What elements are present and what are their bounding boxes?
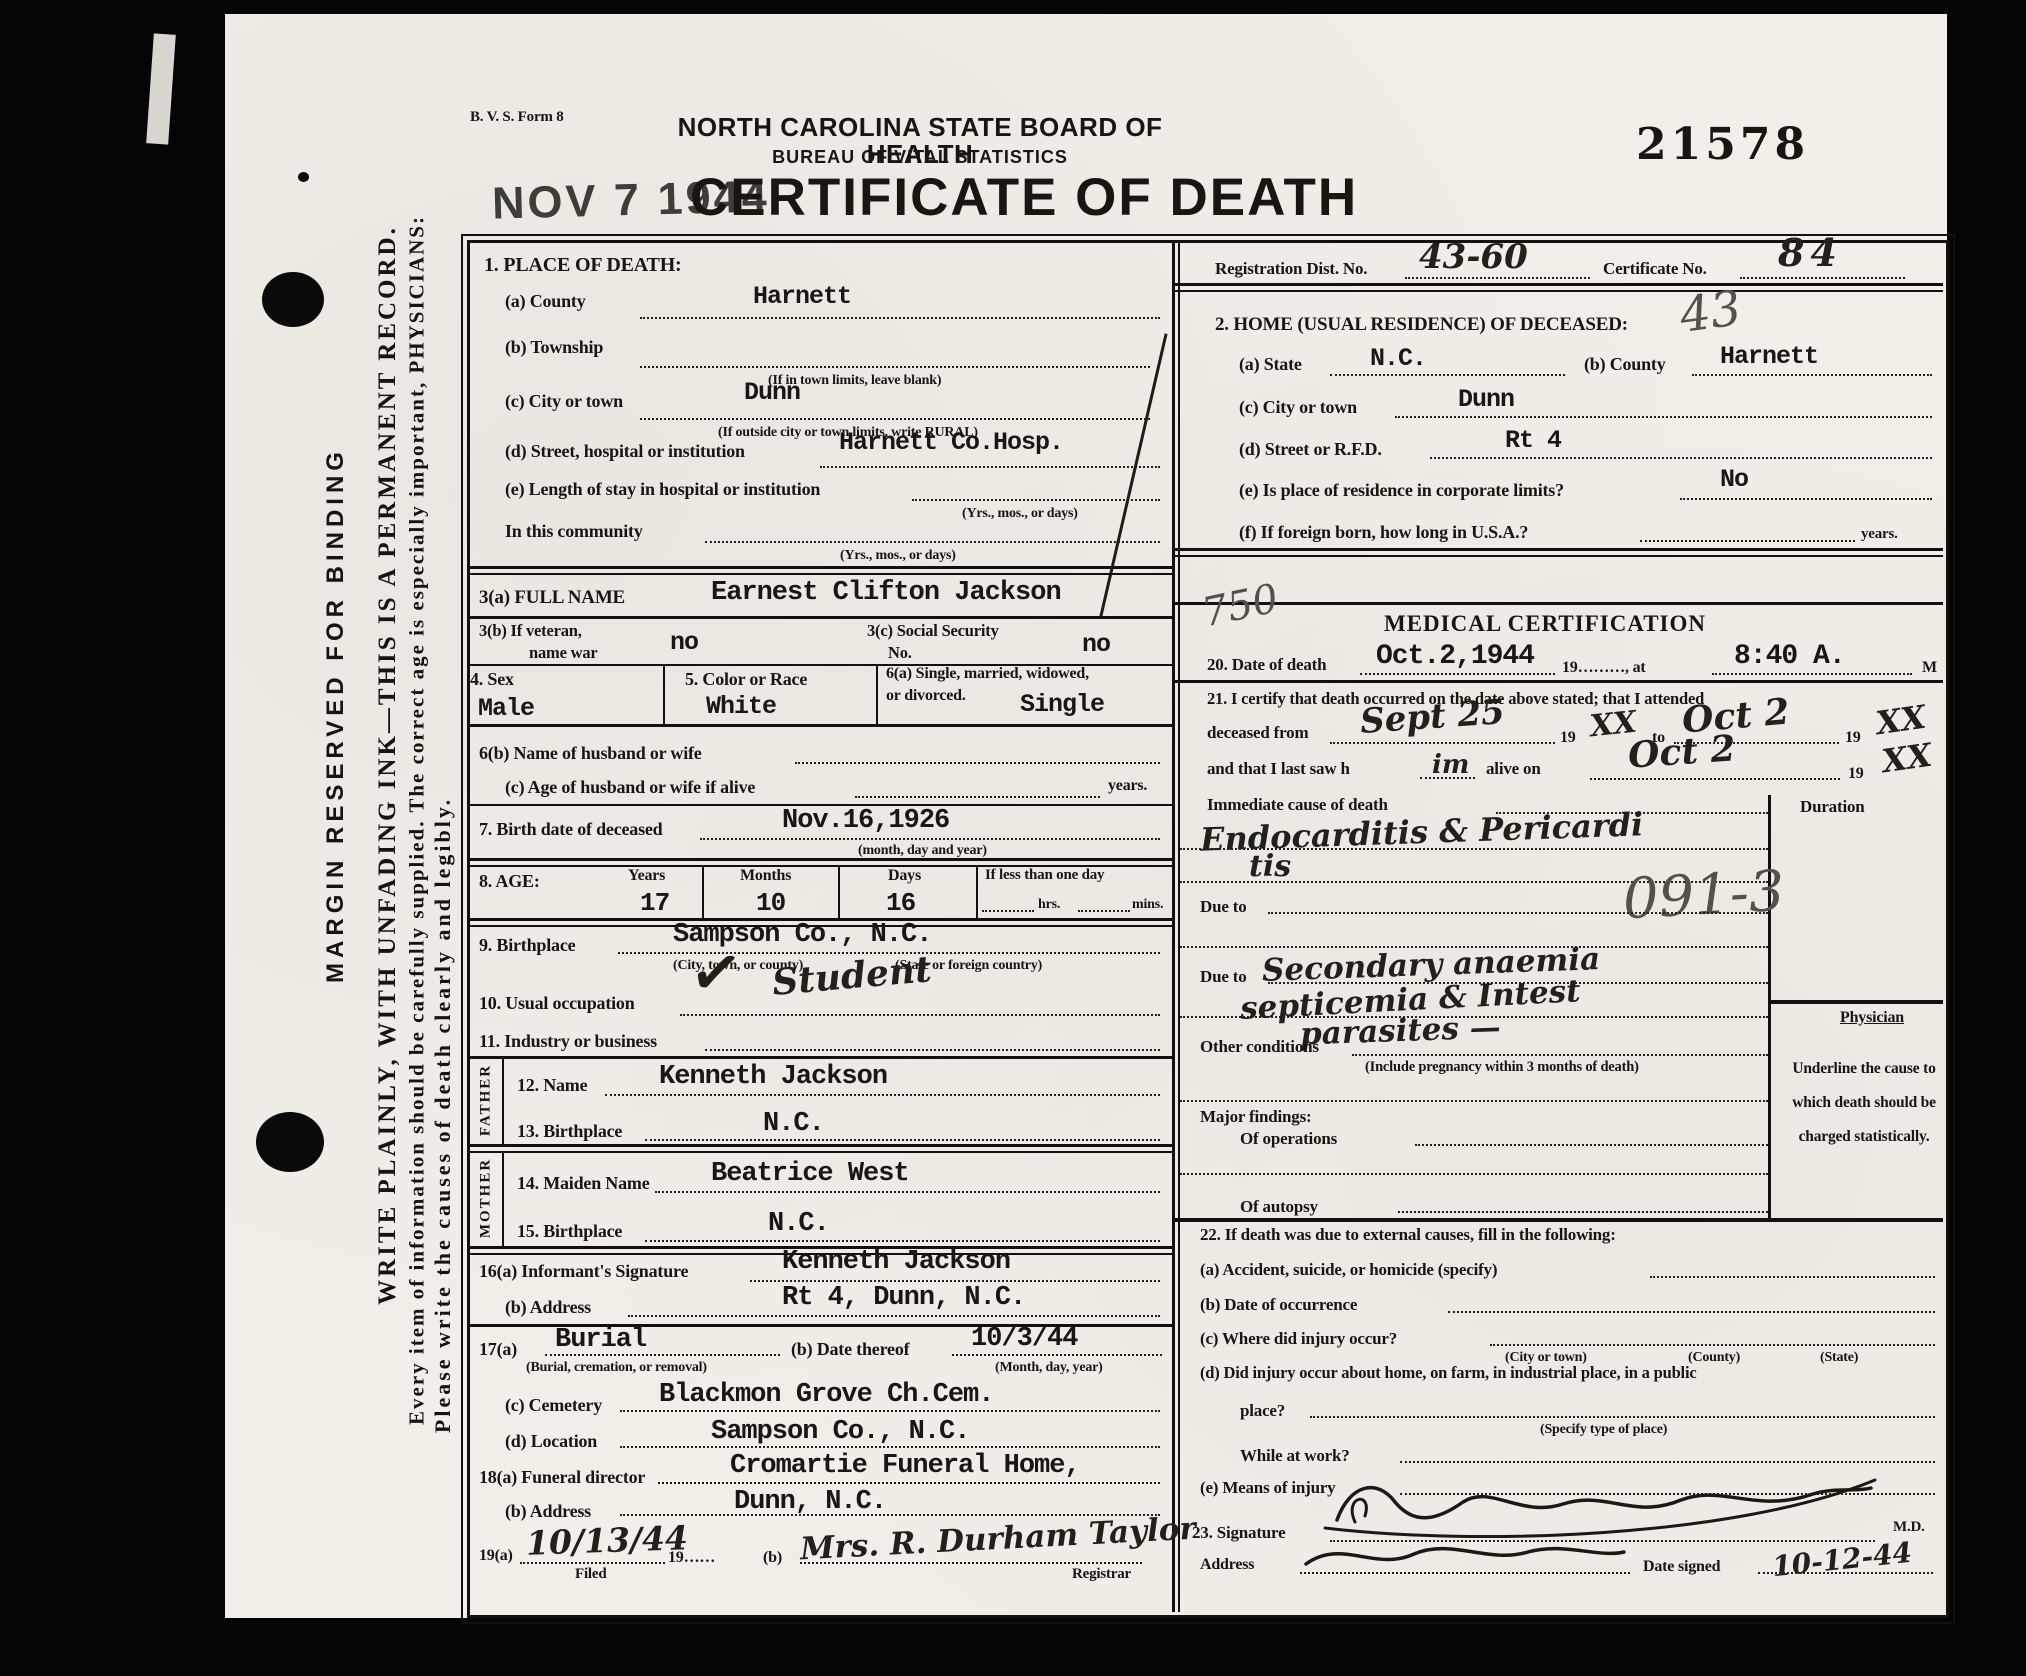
rule-line xyxy=(1430,457,1932,459)
mother-name-label: 14. Maiden Name xyxy=(517,1174,649,1193)
cemetery-label: (c) Cemetery xyxy=(505,1396,602,1415)
mother-box-divider xyxy=(502,1151,504,1246)
rule-line xyxy=(645,1240,1160,1242)
death-date-label: 20. Date of death xyxy=(1207,656,1326,674)
informant-signature-value: Kenneth Jackson xyxy=(782,1249,1010,1276)
margin-note-binding: MARGIN RESERVED FOR BINDING xyxy=(322,447,350,983)
disposal-date-hint: (Month, day, year) xyxy=(995,1361,1103,1376)
attended-yr2-label: 19 xyxy=(1845,730,1861,747)
father-name-label: 12. Name xyxy=(517,1076,587,1095)
father-birthplace-label: 13. Birthplace xyxy=(517,1122,622,1141)
disposal-num-label: 17(a) xyxy=(479,1340,517,1359)
disposal-hint: (Burial, cremation, or removal) xyxy=(526,1361,707,1376)
rule-line xyxy=(855,796,1100,798)
sec2c-city-value: Dunn xyxy=(1458,387,1514,412)
funeral-director-value: Cromartie Funeral Home, xyxy=(730,1453,1080,1480)
birthdate-hint: (month, day and year) xyxy=(858,844,987,859)
rule-line xyxy=(1078,910,1130,912)
marital-value: Single xyxy=(1020,692,1104,717)
sec3c-label2: No. xyxy=(888,644,912,661)
rule-line xyxy=(912,499,1160,501)
sec22a-label: (a) Accident, suicide, or homicide (spec… xyxy=(1200,1261,1497,1279)
physician-label: Physician xyxy=(1840,1010,1904,1027)
attended-yr1-label: 19 xyxy=(1560,730,1576,747)
disposal-date-value: 10/3/44 xyxy=(971,1326,1077,1353)
filed-year-label: 19…… xyxy=(668,1550,715,1567)
med-heading: MEDICAL CERTIFICATION xyxy=(1335,612,1755,636)
due-to-2-label: Due to xyxy=(1200,968,1247,986)
major-findings-label: Major findings: xyxy=(1200,1108,1311,1126)
sec22d-hint: (Specify type of place) xyxy=(1540,1423,1667,1438)
industry-label: 11. Industry or business xyxy=(479,1032,657,1051)
last-saw-yr3: 19 xyxy=(1848,766,1864,783)
rule xyxy=(1172,602,1943,605)
rule-line xyxy=(1300,1572,1630,1574)
sec2d-street-value: Rt 4 xyxy=(1505,428,1561,453)
reg-dist-value: 43-60 xyxy=(1419,240,1528,274)
last-saw-date: Oct 2 xyxy=(1627,730,1737,773)
rule-line xyxy=(1398,1211,1768,1213)
age-years-value: 17 xyxy=(640,890,669,916)
sec2e-corporate-value: No xyxy=(1720,467,1748,492)
rule xyxy=(467,1151,1172,1153)
birthplace-label: 9. Birthplace xyxy=(479,936,575,955)
rule-line xyxy=(1330,374,1565,376)
rule xyxy=(1172,283,1943,286)
rule-line xyxy=(520,1562,665,1564)
informant-label: 16(a) Informant's Signature xyxy=(479,1262,688,1281)
sec1a-label: (a) County xyxy=(505,292,586,311)
rule xyxy=(467,724,1172,727)
due-to-1-label: Due to xyxy=(1200,898,1247,916)
sec1b-label: (b) Township xyxy=(505,338,603,357)
rule-line xyxy=(645,1139,1160,1141)
marital-label: 6(a) Single, married, widowed, xyxy=(886,666,1089,683)
sec2-heading: 2. HOME (USUAL RESIDENCE) OF DECEASED: xyxy=(1215,315,1628,335)
rule-line xyxy=(605,1094,1160,1096)
cell-divider xyxy=(876,664,878,724)
rule-line xyxy=(1330,742,1555,744)
other-conditions-value: parasites — xyxy=(1300,1013,1502,1051)
filed-date-value: 10/13/44 xyxy=(525,1521,688,1560)
sec1a-county-value: Harnett xyxy=(753,284,851,309)
rule-line xyxy=(1415,1144,1768,1146)
sec22b-label: (b) Date of occurrence xyxy=(1200,1296,1357,1314)
alive-on-label: alive on xyxy=(1486,760,1541,778)
margin-note-supplied: Every item of information should be care… xyxy=(405,215,430,1425)
duration-label: Duration xyxy=(1800,798,1865,816)
age-less-header: If less than one day xyxy=(985,868,1104,884)
rule-line xyxy=(1360,673,1555,675)
sec23-signature-label: 23. Signature xyxy=(1192,1524,1285,1542)
disposal-type-value: Burial xyxy=(555,1327,646,1354)
sec1d-street-value: Harnett Co.Hosp. xyxy=(839,430,1063,455)
rule-line xyxy=(640,366,1150,368)
rule-line xyxy=(1650,1276,1935,1278)
sec2-code-handwritten: 43 xyxy=(1677,284,1744,340)
rule-line xyxy=(705,1049,1160,1051)
sec1e-label: (e) Length of stay in hospital or instit… xyxy=(505,480,820,499)
sec2a-state-value: N.C. xyxy=(1370,346,1426,371)
rule-line xyxy=(1310,1416,1935,1418)
birthdate-value: Nov.16,1926 xyxy=(782,808,949,835)
age-months-header: Months xyxy=(740,868,791,885)
rule-line xyxy=(640,418,1150,420)
torn-edge xyxy=(146,33,176,144)
rule xyxy=(467,858,1172,861)
father-birthplace-value: N.C. xyxy=(763,1111,824,1138)
column-divider xyxy=(1172,240,1175,1612)
birthdate-label: 7. Birth date of deceased xyxy=(479,820,662,839)
last-saw-label: and that I last saw h xyxy=(1207,760,1350,778)
funeral-address-label: (b) Address xyxy=(505,1502,591,1521)
cell-divider xyxy=(663,664,665,724)
rule-line xyxy=(545,1354,780,1356)
rule-line xyxy=(1352,1054,1768,1056)
funeral-address-value: Dunn, N.C. xyxy=(734,1489,886,1516)
rule-line xyxy=(1590,778,1840,780)
age-years-header: Years xyxy=(628,868,665,885)
rule-line xyxy=(750,1280,1160,1282)
statistical-code-handwritten: 091-3 xyxy=(1622,864,1786,928)
spouse-label: 6(b) Name of husband or wife xyxy=(479,744,702,763)
cause-line2: tis xyxy=(1249,852,1291,882)
certificate-title: CERTIFICATE OF DEATH xyxy=(690,170,1358,226)
cert-no-label: Certificate No. xyxy=(1603,260,1707,278)
immediate-cause-label: Immediate cause of death xyxy=(1207,796,1388,814)
rule xyxy=(1172,290,1943,292)
rule xyxy=(1768,1000,1943,1004)
sec1f-hint: (Yrs., mos., or days) xyxy=(840,549,956,564)
form-number: B. V. S. Form 8 xyxy=(470,110,564,126)
attended-from-label: deceased from xyxy=(1207,724,1308,742)
sec2d-label: (d) Street or R.F.D. xyxy=(1239,440,1382,459)
rule-line xyxy=(1420,777,1475,779)
sex-value: Male xyxy=(478,696,534,721)
sec2a-label: (a) State xyxy=(1239,355,1302,374)
margin-note-permanent-record: WRITE PLAINLY, WITH UNFADING INK—THIS IS… xyxy=(374,225,402,1305)
rule-line xyxy=(620,1446,1160,1448)
informant-address-value: Rt 4, Dunn, N.C. xyxy=(782,1285,1025,1312)
rule-line xyxy=(1448,1311,1935,1313)
rule xyxy=(1172,1218,1943,1222)
rule xyxy=(467,566,1172,569)
death-year-at-label: 19………, at xyxy=(1562,660,1646,677)
sec2c-label: (c) City or town xyxy=(1239,398,1357,417)
date-signed-label: Date signed xyxy=(1643,1559,1720,1576)
ink-dot xyxy=(298,172,309,182)
cell-divider xyxy=(838,865,840,918)
death-time-m-label: M xyxy=(1922,660,1937,677)
rule-line xyxy=(1740,277,1905,279)
cell-divider xyxy=(976,865,978,918)
filed-label: Filed xyxy=(575,1567,607,1583)
death-date-value: Oct.2,1944 xyxy=(1376,643,1534,671)
rule-line xyxy=(1640,540,1855,542)
pregnancy-hint: (Include pregnancy within 3 months of de… xyxy=(1365,1060,1639,1075)
rule-line xyxy=(680,1014,1160,1016)
age-days-value: 16 xyxy=(886,890,915,916)
funeral-director-label: 18(a) Funeral director xyxy=(479,1468,645,1487)
rule-line xyxy=(820,466,1160,468)
rule-line xyxy=(620,1410,1160,1412)
sec2b-county-value: Harnett xyxy=(1720,344,1818,369)
cemetery-location-label: (d) Location xyxy=(505,1432,597,1451)
veteran-value: no xyxy=(670,630,698,655)
other-conditions-label: Other conditions xyxy=(1200,1038,1319,1056)
rule xyxy=(467,573,1172,575)
sec2f-label: (f) If foreign born, how long in U.S.A.? xyxy=(1239,523,1528,542)
column-divider-inner xyxy=(1178,240,1180,1612)
mother-birthplace-value: N.C. xyxy=(768,1211,829,1238)
rule-line xyxy=(658,1482,1160,1484)
rule-line xyxy=(1405,277,1590,279)
rule xyxy=(467,1144,1172,1147)
rule-line xyxy=(640,317,1160,319)
death-time-value: 8:40 A. xyxy=(1734,643,1845,671)
age-mins-label: mins. xyxy=(1132,898,1163,913)
father-box-divider xyxy=(502,1056,504,1144)
registrar-label: Registrar xyxy=(1072,1567,1131,1583)
attended-yr2-hand: XX xyxy=(1874,701,1928,740)
sec1e-hint: (Yrs., mos., or days) xyxy=(962,507,1078,522)
sex-label: 4. Sex xyxy=(470,670,514,689)
sec2e-label: (e) Is place of residence in corporate l… xyxy=(1239,481,1564,500)
rule-line xyxy=(1180,1173,1768,1175)
sec3a-label: 3(a) FULL NAME xyxy=(479,588,625,608)
rule xyxy=(1172,548,1943,551)
operations-label: Of operations xyxy=(1240,1130,1337,1148)
occupation-check: ✓ xyxy=(686,939,746,1008)
sec2f-years-label: years. xyxy=(1861,527,1898,543)
sec3b-label2: name war xyxy=(529,644,598,661)
rule-line xyxy=(1180,1100,1768,1102)
rule-line xyxy=(800,1562,1142,1564)
bureau-subtitle: BUREAU OF VITAL STATISTICS xyxy=(640,148,1200,167)
age-days-header: Days xyxy=(888,868,921,885)
cell-divider xyxy=(702,865,704,918)
sec1f-label: In this community xyxy=(505,522,643,541)
sec3c-label: 3(c) Social Security xyxy=(867,622,999,639)
rule xyxy=(1172,680,1943,683)
md-label: M.D. xyxy=(1893,1520,1925,1536)
registrar-b-label: (b) xyxy=(763,1550,782,1567)
sec23-address-label: Address xyxy=(1200,1557,1254,1574)
sec22c-label: (c) Where did injury occur? xyxy=(1200,1330,1397,1348)
rule xyxy=(467,1056,1172,1059)
sec22c-hint-state: (State) xyxy=(1820,1351,1858,1366)
mother-name-value: Beatrice West xyxy=(711,1161,909,1188)
cemetery-location-value: Sampson Co., N.C. xyxy=(711,1419,969,1446)
sec2b-label: (b) County xyxy=(1584,355,1666,374)
sec22-heading: 22. If death was due to external causes,… xyxy=(1200,1226,1616,1244)
father-box-label: FATHER xyxy=(478,1064,495,1136)
sec3b-label: 3(b) If veteran, xyxy=(479,622,582,639)
physician-address-scribble xyxy=(1292,1530,1637,1582)
rule-line xyxy=(628,1315,1160,1317)
race-label: 5. Color or Race xyxy=(685,670,807,689)
rule-line xyxy=(1490,1344,1935,1346)
disposal-date-label: (b) Date thereof xyxy=(791,1340,909,1359)
filed-num-label: 19(a) xyxy=(479,1548,513,1565)
rule-line xyxy=(1712,673,1912,675)
last-saw-yr3-hand: XX xyxy=(1880,739,1934,778)
spouse-age-years: years. xyxy=(1108,778,1147,795)
rule-line xyxy=(1395,416,1932,418)
margin-note-causes: Please write the causes of death clearly… xyxy=(430,797,456,1433)
rule xyxy=(1172,555,1943,557)
father-name-value: Kenneth Jackson xyxy=(659,1064,887,1091)
rule-line xyxy=(1268,912,1768,914)
rule-line xyxy=(700,838,1160,840)
marital-label2: or divorced. xyxy=(886,688,966,705)
attended-from-value: Sept 25 xyxy=(1359,695,1506,739)
death-certificate-scan: MARGIN RESERVED FOR BINDING WRITE PLAINL… xyxy=(0,0,2026,1676)
age-hrs-label: hrs. xyxy=(1038,898,1060,913)
sec1-heading: 1. PLACE OF DEATH: xyxy=(484,255,682,276)
cemetery-value: Blackmon Grove Ch.Cem. xyxy=(659,1382,993,1409)
ssn-value: no xyxy=(1082,632,1110,657)
mother-box-label: MOTHER xyxy=(478,1158,495,1238)
rule-line xyxy=(1758,1572,1933,1574)
autopsy-label: Of autopsy xyxy=(1240,1198,1318,1216)
last-saw-insert: im xyxy=(1432,752,1469,778)
mother-birthplace-label: 15. Birthplace xyxy=(517,1222,622,1241)
occupation-label: 10. Usual occupation xyxy=(479,994,635,1013)
sec1c-label: (c) City or town xyxy=(505,392,623,411)
rule-line xyxy=(705,541,1160,543)
underline-note: Underline the cause to which death shoul… xyxy=(1788,1052,1940,1154)
hole-punch xyxy=(262,272,324,327)
sec1c-city-value: Dunn xyxy=(744,380,800,405)
spouse-age-label: (c) Age of husband or wife if alive xyxy=(505,778,755,797)
rule-line xyxy=(1680,498,1932,500)
rule-line xyxy=(795,762,1160,764)
sec22d-label2: place? xyxy=(1240,1402,1285,1420)
rule-line xyxy=(982,910,1034,912)
rule-line xyxy=(952,1354,1162,1356)
age-months-value: 10 xyxy=(756,890,785,916)
full-name-value: Earnest Clifton Jackson xyxy=(711,580,1061,607)
rule-line xyxy=(1692,374,1932,376)
cert-no-value: 84 xyxy=(1778,234,1843,272)
serial-number: 21578 xyxy=(1636,122,1809,168)
sec1d-label: (d) Street, hospital or institution xyxy=(505,442,745,461)
sec22d-label: (d) Did injury occur about home, on farm… xyxy=(1200,1364,1696,1381)
rule xyxy=(467,616,1172,619)
rule-line xyxy=(655,1191,1160,1193)
hole-punch xyxy=(256,1112,324,1172)
reg-dist-label: Registration Dist. No. xyxy=(1215,260,1367,278)
race-value: White xyxy=(706,694,776,719)
informant-address-label: (b) Address xyxy=(505,1298,591,1317)
age-label: 8. AGE: xyxy=(479,872,540,891)
